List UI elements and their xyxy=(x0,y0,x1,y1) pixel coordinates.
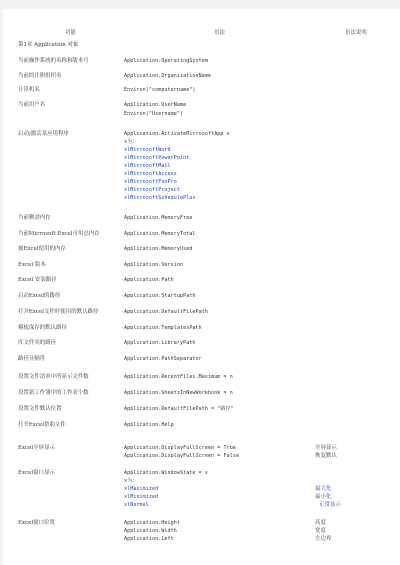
option-item: x为: xyxy=(124,478,135,485)
row-function: 打开Excel帮助文件 xyxy=(18,422,66,429)
option-item: xlMicrosoftFoxPro xyxy=(124,179,177,186)
row-note: 恢复默认 xyxy=(315,453,337,460)
row-note: 宽度 xyxy=(315,528,326,535)
option-item: xlMicrosoftWord xyxy=(124,147,171,154)
option-item: xlMicrosoftProject xyxy=(124,187,180,194)
row-function: Excel窗口位置 xyxy=(18,520,55,527)
row-function: 被Excel使用的内存 xyxy=(18,246,66,253)
row-syntax: Environ("Username") xyxy=(124,111,183,118)
row-function: 当前Microsoft Excel可用总内存 xyxy=(18,231,100,238)
row-syntax: Application.Height xyxy=(124,520,180,527)
option-item: xlMicrosoftAccess xyxy=(124,171,177,178)
header-syntax: 语法 xyxy=(214,30,225,37)
row-syntax: Application.MemoryFree xyxy=(124,215,192,222)
row-syntax: Application.TemplatesPath xyxy=(124,325,202,332)
row-function: 计算机名 xyxy=(18,87,40,94)
row-syntax: Application.DisplayFullScreen = True xyxy=(124,445,236,452)
row-function: 启动/激活某应用程序 xyxy=(18,131,69,138)
row-function: Excel窗口显示 xyxy=(18,470,55,477)
row-syntax: Application.LibraryPath xyxy=(124,340,196,347)
row-note: 最小化 xyxy=(315,494,331,501)
option-item: xlNormal xyxy=(124,502,149,509)
row-syntax: Application.OrganizationName xyxy=(124,73,211,80)
row-syntax: Application.Width xyxy=(124,528,177,535)
row-syntax: Application.DisplayFullScreen = False xyxy=(124,453,239,460)
row-function: 库文件夹的路径 xyxy=(18,340,56,347)
document-page: 功能 语法 语法说明 第1章 Application 对象 当前操作系统的名称和… xyxy=(3,9,400,565)
option-item: xlMinimized xyxy=(124,494,158,501)
row-function: 启动Excel的路径 xyxy=(18,293,60,300)
row-function: 设置新工作簿中的工作表个数 xyxy=(18,390,89,397)
option-item: xlMaximized xyxy=(124,486,158,493)
row-note: 左边界 xyxy=(315,536,331,543)
row-function: 设置文件默认位置 xyxy=(18,406,62,413)
row-syntax: Application.DefaultFilePath = "路径" xyxy=(124,406,234,413)
row-syntax: Application.UserName xyxy=(124,102,186,109)
row-function: 模板保存的默认路径 xyxy=(18,325,67,332)
row-function: Excel 版本 xyxy=(18,262,46,269)
row-syntax: Application.RecentFiles.Maximum = n xyxy=(124,374,233,381)
chapter-title: 第1章 Application 对象 xyxy=(18,42,78,49)
row-syntax: Application.OperatingSystem xyxy=(124,58,208,65)
option-item: xlMicrosoftPowerPoint xyxy=(124,155,189,162)
row-function: 设置文件清单中所显示文件数 xyxy=(18,374,89,381)
row-syntax: Application.Version xyxy=(124,262,183,269)
row-syntax: Application.WindowState = x xyxy=(124,470,208,477)
row-syntax: Application.MemoryUsed xyxy=(124,246,192,253)
row-function: 路径分隔符 xyxy=(18,356,45,363)
row-note: 正常显示 xyxy=(319,502,341,509)
row-syntax: Application.DefaultFilePath xyxy=(124,309,208,316)
row-syntax: Application.ActivateMicrosoftApp x xyxy=(124,131,230,138)
row-function: 当前操作系统的名称和版本号 xyxy=(18,58,89,65)
row-function: 打开Excel文件时使用的默认路径 xyxy=(18,309,98,316)
row-syntax: Application.Help xyxy=(124,422,174,429)
row-function: 当前剩余内存 xyxy=(18,215,51,222)
option-item: x为: xyxy=(124,139,135,146)
header-note: 语法说明 xyxy=(345,30,367,37)
row-note: 最大化 xyxy=(315,486,331,493)
row-function: 当前用户名 xyxy=(18,102,45,109)
row-syntax: Application.Left xyxy=(124,536,174,543)
row-note: 全屏显示 xyxy=(315,445,337,452)
row-syntax: Application.PathSeparator xyxy=(124,356,202,363)
option-item: xlMicrosoftSchedulePlus xyxy=(124,195,196,202)
row-syntax: Environ("computername") xyxy=(124,87,196,94)
row-syntax: Application.Path xyxy=(124,277,174,284)
row-function: Excel 安装路径 xyxy=(18,277,57,284)
row-syntax: Application.StartupPath xyxy=(124,293,196,300)
row-function: 当前的注册组织名 xyxy=(18,73,62,80)
row-function: Excel全屏显示 xyxy=(18,445,55,452)
option-item: xlMicrosoftMail xyxy=(124,163,171,170)
row-note: 高度 xyxy=(315,520,326,527)
header-function: 功能 xyxy=(65,30,76,37)
row-syntax: Application.MemoryTotal xyxy=(124,231,196,238)
row-syntax: Application.SheetsInNewWorkbook = n xyxy=(124,390,233,397)
